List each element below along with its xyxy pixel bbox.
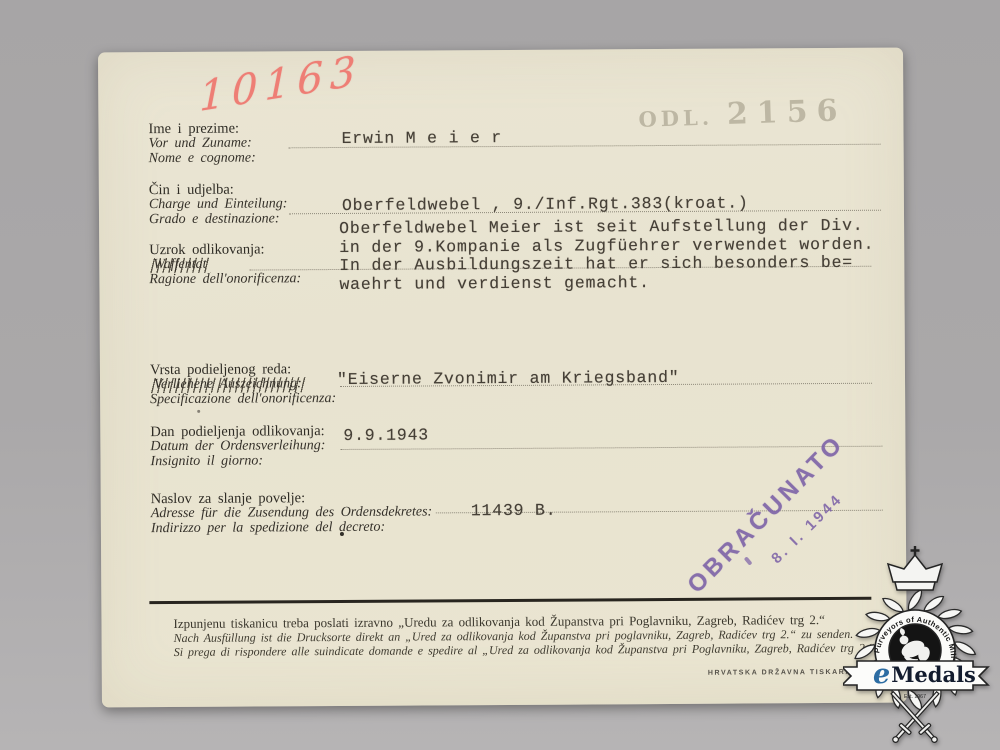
field-date-labels: Dan podieljenja odlikovanja: Datum der O… [150,424,325,469]
value-reason: Oberfeldwebel Meier ist seit Aufstellung… [339,217,875,295]
value-address: 11439 B. [471,501,557,521]
field-rank-labels: Čin i udjelba: Charge und Einteilung: Gr… [149,182,288,227]
label-award-it: Specificazione dell'onorificenza: [150,392,336,408]
value-reason-line4: waehrt und verdienst gemacht. [339,273,874,295]
footer-instructions: Izpunjenu tiskanicu treba poslati izravn… [173,612,874,660]
registry-stamp: ODL.2156 [638,93,847,135]
established-label: Est. 1967 [904,694,926,700]
label-name-de: Vor und Zuname: [149,137,256,152]
label-reason-de-struck: Waffentat [149,258,210,273]
brand-banner: eMedals Est. 1967 [843,659,988,700]
registry-stamp-number: 2156 [726,93,847,132]
label-rank-de: Charge und Einteilung: [149,197,288,212]
field-reason-labels: Uzrok odlikovanja: Waffentat Ragione del… [149,242,301,287]
photo-background: 10163 ODL.2156 Ime i prezime: Vor und Zu… [0,0,1000,750]
label-award-de-struck: Verliehene Auszeichnung: [150,377,306,392]
label-date-it: Insignito il giorno: [150,454,325,470]
label-address-de: Adresse für die Zusendung des Ordensdekr… [151,505,432,521]
field-name-labels: Ime i prezime: Vor und Zuname: Nome e co… [148,122,255,167]
award-card-document: 10163 ODL.2156 Ime i prezime: Vor und Zu… [98,48,907,708]
value-rank: Oberfeldwebel , 9./Inf.Rgt.383(kroat.) [342,193,749,214]
label-reason-it: Ragione dell'onorificenza: [149,272,301,287]
footer-line-it: Si prega di rispondere alle suindicate d… [174,641,875,659]
label-address-it: Indirizzo per la spedizione del decreto: [151,520,432,536]
label-rank-it: Grado e destinazione: [149,212,288,227]
value-name: Erwin M e i e r [341,128,502,148]
registry-stamp-prefix: ODL. [638,104,713,131]
svg-text:eMedals: eMedals [873,659,976,690]
value-date: 9.9.1943 [343,425,429,445]
label-date-de: Datum der Ordensverleihung: [150,439,325,455]
value-award: "Eiserne Zvonimir am Kriegsband" [337,368,680,389]
typed-period-dot [340,532,344,536]
brand-e: e [873,659,890,690]
ink-speck [197,410,200,413]
label-name-it: Nome e cognome: [149,151,256,166]
field-address-labels: Naslov za slanje povelje: Adresse für di… [151,490,433,536]
label-reason-hr: Uzrok odlikovanja: [149,242,301,258]
dotted-line-date [340,445,882,450]
field-award-labels: Vrsta podieljenog reda: Verliehene Ausze… [150,362,336,407]
crown-icon [888,546,942,590]
printer-imprint: HRVATSKA DRŽAVNA TISKARA [708,669,852,677]
brand-rest: Medals [891,662,976,687]
handwritten-number: 10163 [199,46,363,122]
footer-rule [149,597,871,604]
emedals-watermark-logo: Purveyors of Authentic Militaria [843,542,1000,750]
stamp-tick-mark [744,556,753,565]
